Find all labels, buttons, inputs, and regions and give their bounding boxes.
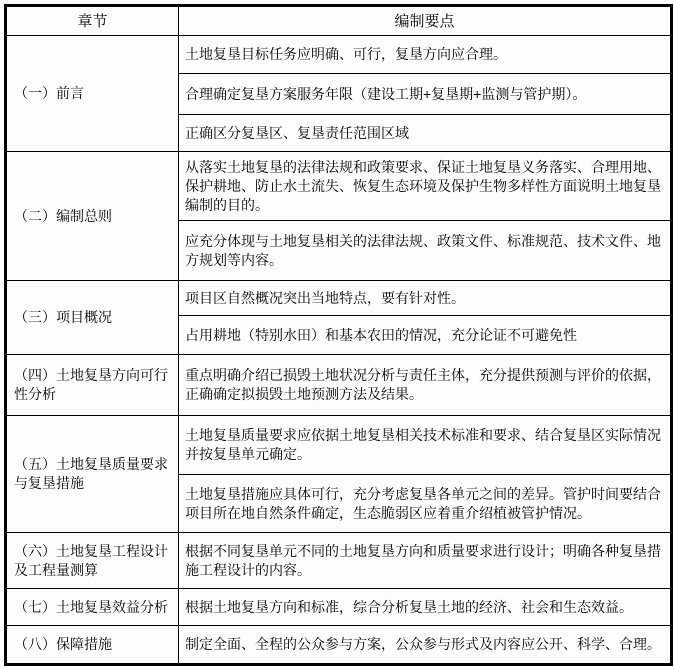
points-cell: 土地复垦措施应具体可行，充分考虑复垦各单元之间的差异。管护时间要结合项目所在地自… [179, 475, 672, 533]
points-cell: 根据不同复垦单元不同的土地复垦方向和质量要求进行设计；明确各种复垦措施工程设计的… [179, 533, 672, 589]
chapter-cell: （一）前言 [6, 36, 179, 152]
points-cell: 根据土地复垦方向和标准，综合分析复垦土地的经济、社会和生态效益。 [179, 589, 672, 626]
table-row: （五）土地复垦质量要求与复垦措施 土地复垦质量要求应依据土地复垦相关技术标准和要… [6, 416, 672, 475]
points-cell: 合理确定复垦方案服务年限（建设工期+复垦期+监测与管护期）。 [179, 74, 672, 115]
chapter-cell: （七）土地复垦效益分析 [6, 589, 179, 626]
points-cell: 占用耕地（特别水田）和基本农田的情况，充分论证不可避免性 [179, 316, 672, 355]
points-cell: 项目区自然概况突出当地特点，要有针对性。 [179, 281, 672, 316]
points-cell: 应充分体现与土地复垦相关的法律法规、政策文件、标准规范、技术文件、地方规划等内容… [179, 221, 672, 281]
document-page: 章节 编制要点 （一）前言 土地复垦目标任务应明确、可行，复垦方向应合理。 合理… [0, 0, 674, 669]
chapter-cell: （五）土地复垦质量要求与复垦措施 [6, 416, 179, 533]
table-row: （八）保障措施 制定全面、全程的公众参与方案，公众参与形式及内容应公开、科学、合… [6, 626, 672, 665]
points-cell: 正确区分复垦区、复垦责任范围区域 [179, 115, 672, 152]
points-column-header: 编制要点 [179, 6, 672, 36]
compilation-points-table: 章节 编制要点 （一）前言 土地复垦目标任务应明确、可行，复垦方向应合理。 合理… [4, 4, 673, 666]
points-cell: 从落实土地复垦的法律法规和政策要求、保证土地复垦义务落实、合理用地、保护耕地、防… [179, 152, 672, 221]
points-cell: 土地复垦质量要求应依据土地复垦相关技术标准和要求、结合复垦区实际情况并按复垦单元… [179, 416, 672, 475]
table-row: （一）前言 土地复垦目标任务应明确、可行，复垦方向应合理。 [6, 36, 672, 74]
table-row: （三）项目概况 项目区自然概况突出当地特点，要有针对性。 [6, 281, 672, 316]
table-row: （七）土地复垦效益分析 根据土地复垦方向和标准，综合分析复垦土地的经济、社会和生… [6, 589, 672, 626]
points-cell: 重点明确介绍已损毁土地状况分析与责任主体，充分提供预测与评价的依据，正确确定拟损… [179, 355, 672, 416]
points-cell: 制定全面、全程的公众参与方案，公众参与形式及内容应公开、科学、合理。 [179, 626, 672, 665]
table-row: （四）土地复垦方向可行性分析 重点明确介绍已损毁土地状况分析与责任主体，充分提供… [6, 355, 672, 416]
points-cell: 土地复垦目标任务应明确、可行，复垦方向应合理。 [179, 36, 672, 74]
table-row: （二）编制总则 从落实土地复垦的法律法规和政策要求、保证土地复垦义务落实、合理用… [6, 152, 672, 221]
chapter-cell: （八）保障措施 [6, 626, 179, 665]
table-row: （六）土地复垦工程设计及工程量测算 根据不同复垦单元不同的土地复垦方向和质量要求… [6, 533, 672, 589]
chapter-cell: （六）土地复垦工程设计及工程量测算 [6, 533, 179, 589]
chapter-column-header: 章节 [6, 6, 179, 36]
chapter-cell: （二）编制总则 [6, 152, 179, 281]
chapter-cell: （四）土地复垦方向可行性分析 [6, 355, 179, 416]
chapter-cell: （三）项目概况 [6, 281, 179, 355]
table-header-row: 章节 编制要点 [6, 6, 672, 36]
